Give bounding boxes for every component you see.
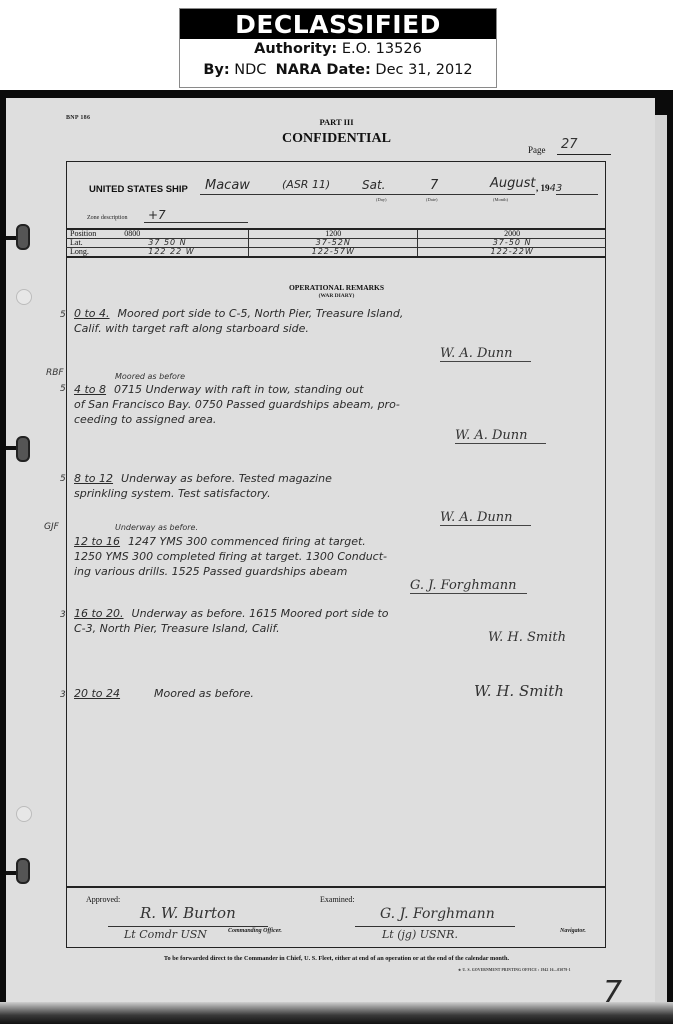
insert-note: Underway as before. (115, 523, 198, 532)
remarks-subtitle: (WAR DIARY) (0, 293, 673, 299)
signature-4-8: W. A. Dunn (455, 428, 546, 444)
examined-signature-line (355, 926, 515, 927)
ship-month: August (490, 176, 536, 191)
approved-label: Approved: (86, 895, 120, 904)
remarks-title: OPERATIONAL REMARKS (0, 283, 673, 292)
margin-number: 5 (60, 310, 66, 320)
zone-label: Zone description (87, 215, 128, 221)
punch-hole-icon (16, 806, 32, 822)
date-caption: (Date) (426, 197, 438, 202)
binder-hole-icon (16, 858, 30, 884)
day-caption: (Day) (376, 197, 387, 202)
stamp-title: DECLASSIFIED (180, 9, 496, 39)
folio-number: 7 (603, 975, 622, 1010)
binder-hole-icon (16, 224, 30, 250)
signature-16-20: W. H. Smith (488, 630, 566, 645)
commanding-officer-label: Commanding Officer. (228, 928, 282, 934)
page-label: Page (528, 145, 546, 155)
position-table: Position0800 1200 2000 Lat. 37 50 N 37-5… (66, 228, 606, 258)
insert-note: Moored as before (115, 372, 185, 381)
part-heading: PART III (0, 117, 673, 127)
printing-office-imprint: ★ U. S. GOVERNMENT PRINTING OFFICE : 194… (458, 968, 571, 972)
zone-value: +7 (144, 208, 248, 223)
ship-day: Sat. (362, 178, 386, 192)
diary-entry-4-8: 4 to 80715 Underway with raft in tow, st… (74, 382, 594, 427)
page-number: 27 (557, 137, 611, 155)
forwarding-instructions: To be forwarded direct to the Commander … (0, 955, 673, 962)
diary-entry-8-12: 8 to 12Underway as before. Tested magazi… (74, 471, 594, 501)
signature-8-12: W. A. Dunn (440, 510, 531, 526)
margin-number: 5 (60, 384, 66, 394)
ship-line-rule (200, 194, 535, 195)
signature-12-16: G. J. Forghmann (410, 578, 527, 594)
ship-hull-number: (ASR 11) (282, 178, 330, 191)
approved-signature-line (108, 926, 268, 927)
margin-initials: RBF (46, 368, 64, 378)
margin-number: 5 (60, 474, 66, 484)
approved-signature: R. W. Burton (140, 904, 236, 922)
ship-year: , 1943 (536, 183, 562, 194)
examined-rank: Lt (jg) USNR. (382, 928, 458, 941)
diary-entry-12-16: 12 to 161247 YMS 300 commenced firing at… (74, 534, 594, 579)
navigator-label: Navigator. (560, 928, 586, 934)
longitude-row: Long. 122 22 W 122-57W 122-22W (66, 248, 606, 258)
diary-entry-0-4: 0 to 4.Moored port side to C-5, North Pi… (74, 306, 594, 336)
stamp-authority: Authority: E.O. 13526 (180, 39, 496, 60)
declassified-stamp: DECLASSIFIED Authority: E.O. 13526 By: N… (179, 8, 497, 88)
approved-rank: Lt Comdr USN (124, 928, 207, 941)
ship-date: 7 (430, 178, 438, 193)
examined-signature: G. J. Forghmann (380, 906, 495, 922)
binder-hole-icon (16, 436, 30, 462)
margin-number: 3 (60, 690, 66, 700)
year-line-rule (556, 194, 598, 195)
margin-initials: GJF (44, 522, 59, 532)
page-bottom-shadow (0, 1002, 673, 1024)
margin-number: 3 (60, 610, 66, 620)
ship-name: Macaw (205, 178, 250, 193)
ship-label: UNITED STATES SHIP (89, 184, 188, 195)
month-caption: (Month) (493, 197, 508, 202)
examined-label: Examined: (320, 895, 355, 904)
signature-20-24: W. H. Smith (474, 682, 564, 700)
signature-0-4: W. A. Dunn (440, 346, 531, 362)
stamp-by-date: By: NDC NARA Date: Dec 31, 2012 (180, 60, 496, 81)
